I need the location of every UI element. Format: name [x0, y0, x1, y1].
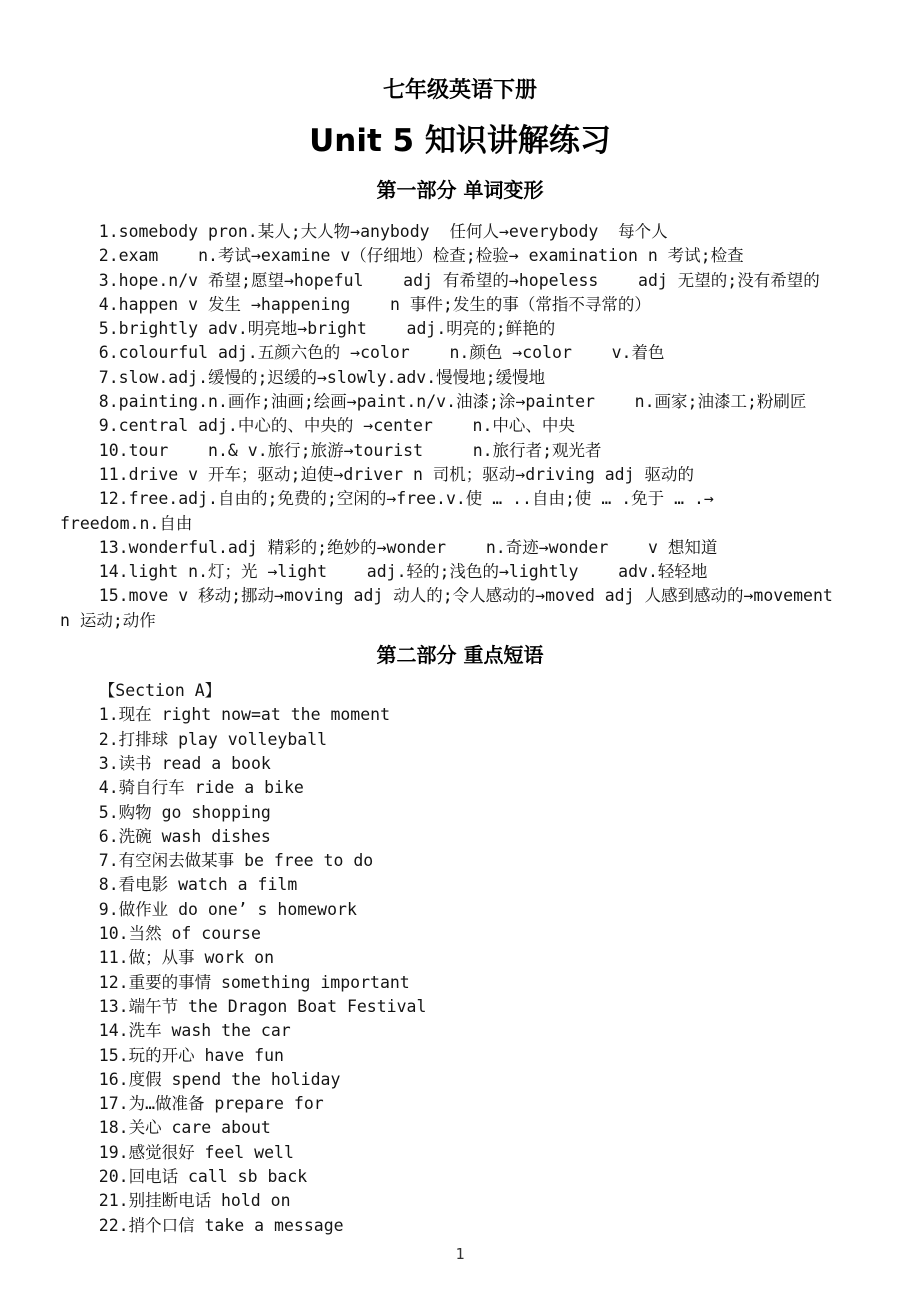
word-transform-line: 14.light n.灯；光 →light adj.轻的;浅色的→lightly… [60, 560, 860, 584]
part2-heading: 第二部分 重点短语 [60, 641, 860, 669]
doc-title: Unit 5 知识讲解练习 [60, 120, 860, 162]
phrase-line: 11.做；从事 work on [60, 946, 860, 970]
word-transform-line: 3.hope.n/v 希望;愿望→hopeful adj 有希望的→hopele… [60, 269, 860, 293]
phrase-line: 7.有空闲去做某事 be free to do [60, 849, 860, 873]
phrase-line: 6.洗碗 wash dishes [60, 825, 860, 849]
word-transform-line: 11.drive v 开车；驱动;迫使→driver n 司机；驱动→drivi… [60, 463, 860, 487]
phrase-line: 10.当然 of course [60, 922, 860, 946]
phrase-line: 3.读书 read a book [60, 752, 860, 776]
word-transform-line: 15.move v 移动;挪动→moving adj 动人的;令人感动的→mov… [60, 584, 860, 608]
word-transform-line: 12.free.adj.自由的;免费的;空闲的→free.v.使 … ..自由;… [60, 487, 860, 511]
word-transform-line: 4.happen v 发生 →happening n 事件;发生的事（常指不寻常… [60, 293, 860, 317]
section-a-label: 【Section A】 [60, 679, 860, 703]
phrase-line: 20.回电话 call sb back [60, 1165, 860, 1189]
phrase-line: 8.看电影 watch a film [60, 873, 860, 897]
doc-subtitle: 七年级英语下册 [60, 76, 860, 106]
phrase-line: 14.洗车 wash the car [60, 1019, 860, 1043]
word-transform-line: 5.brightly adv.明亮地→bright adj.明亮的;鲜艳的 [60, 317, 860, 341]
phrase-line: 22.捎个口信 take a message [60, 1214, 860, 1238]
word-transform-line: 9.central adj.中心的、中央的 →center n.中心、中央 [60, 414, 860, 438]
phrase-line: 19.感觉很好 feel well [60, 1141, 860, 1165]
phrase-line: 5.购物 go shopping [60, 801, 860, 825]
phrase-line: 15.玩的开心 have fun [60, 1044, 860, 1068]
part2-phrase-list: 1.现在 right now=at the moment2.打排球 play v… [60, 703, 860, 1238]
phrase-line: 4.骑自行车 ride a bike [60, 776, 860, 800]
part1-word-list: 1.somebody pron.某人;大人物→anybody 任何人→every… [60, 220, 860, 633]
phrase-line: 2.打排球 play volleyball [60, 728, 860, 752]
word-transform-line: 2.exam n.考试→examine v（仔细地）检查;检验→ examina… [60, 244, 860, 268]
phrase-line: 1.现在 right now=at the moment [60, 703, 860, 727]
word-transform-line: 8.painting.n.画作;油画;绘画→paint.n/v.油漆;涂→pai… [60, 390, 860, 414]
word-transform-line: n 运动;动作 [60, 609, 860, 633]
phrase-line: 13.端午节 the Dragon Boat Festival [60, 995, 860, 1019]
phrase-line: 17.为…做准备 prepare for [60, 1092, 860, 1116]
document-page: 七年级英语下册 Unit 5 知识讲解练习 第一部分 单词变形 1.somebo… [0, 0, 920, 1302]
phrase-line: 16.度假 spend the holiday [60, 1068, 860, 1092]
word-transform-line: 13.wonderful.adj 精彩的;绝妙的→wonder n.奇迹→won… [60, 536, 860, 560]
phrase-line: 21.别挂断电话 hold on [60, 1189, 860, 1213]
word-transform-line: freedom.n.自由 [60, 512, 860, 536]
phrase-line: 18.关心 care about [60, 1116, 860, 1140]
phrase-line: 9.做作业 do one’ s homework [60, 898, 860, 922]
word-transform-line: 1.somebody pron.某人;大人物→anybody 任何人→every… [60, 220, 860, 244]
word-transform-line: 7.slow.adj.缓慢的;迟缓的→slowly.adv.慢慢地;缓慢地 [60, 366, 860, 390]
word-transform-line: 10.tour n.& v.旅行;旅游→tourist n.旅行者;观光者 [60, 439, 860, 463]
page-number: 1 [0, 1244, 920, 1264]
word-transform-line: 6.colourful adj.五颜六色的 →color n.颜色 →color… [60, 341, 860, 365]
phrase-line: 12.重要的事情 something important [60, 971, 860, 995]
part1-heading: 第一部分 单词变形 [60, 176, 860, 204]
